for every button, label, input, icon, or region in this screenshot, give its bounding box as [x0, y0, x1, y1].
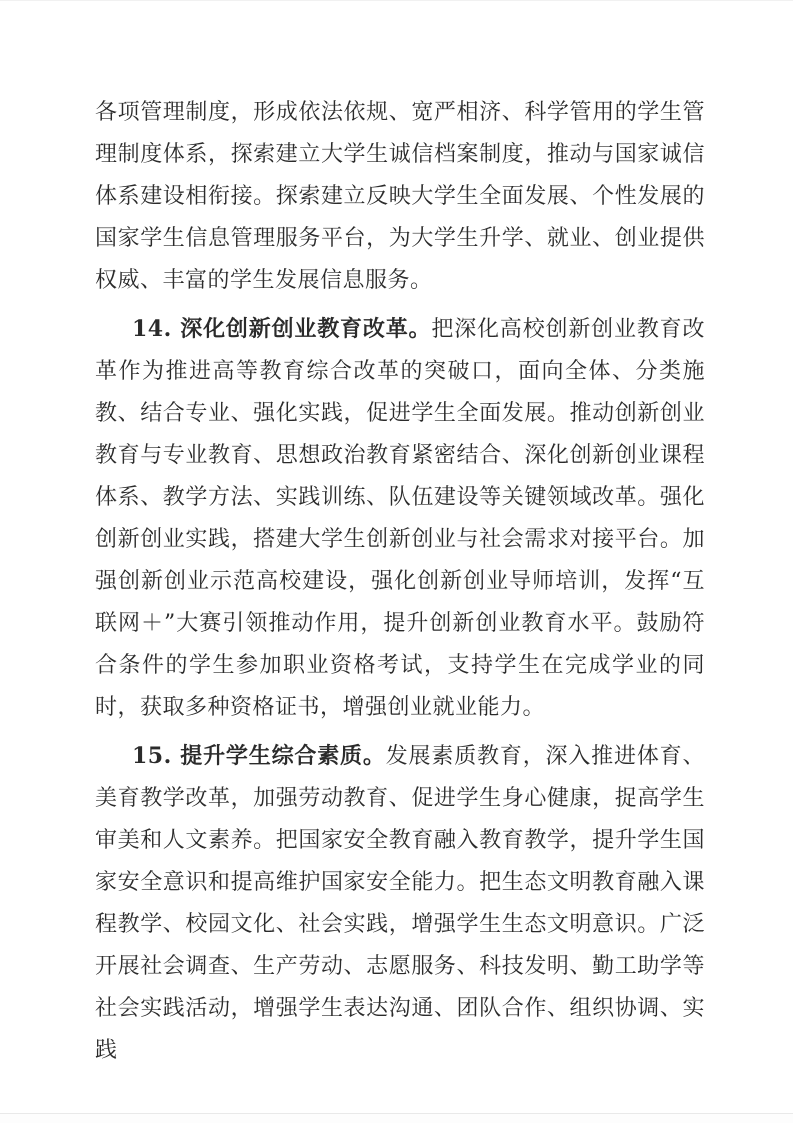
item-15-heading: 15. 提升学生综合素质。 [132, 743, 386, 769]
paragraph-text: 各项管理制度，形成依法依规、宽严相济、科学管用的学生管理制度体系，探索建立大学生… [95, 100, 705, 293]
paragraph-continuation: 各项管理制度，形成依法依规、宽严相济、科学管用的学生管理制度体系，探索建立大学生… [95, 92, 705, 302]
item-14-heading: 14. 深化创新创业教育改革。 [132, 316, 431, 342]
paragraph-text: 把深化高校创新创业教育改革作为推进高等教育综合改革的突破口，面向全体、分类施教、… [95, 317, 705, 720]
paragraph-item-15: 15. 提升学生综合素质。发展素质教育，深入推进体育、美育教学改革，加强劳动教育… [95, 735, 705, 1072]
paragraph-item-14: 14. 深化创新创业教育改革。把深化高校创新创业教育改革作为推进高等教育综合改革… [95, 308, 705, 729]
document-page: 各项管理制度，形成依法依规、宽严相济、科学管用的学生管理制度体系，探索建立大学生… [0, 0, 793, 1123]
document-body: 各项管理制度，形成依法依规、宽严相济、科学管用的学生管理制度体系，探索建立大学生… [95, 92, 705, 1078]
paragraph-text: 发展素质教育，深入推进体育、美育教学改革，加强劳动教育、促进学生身心健康，捉高学… [95, 744, 705, 1063]
